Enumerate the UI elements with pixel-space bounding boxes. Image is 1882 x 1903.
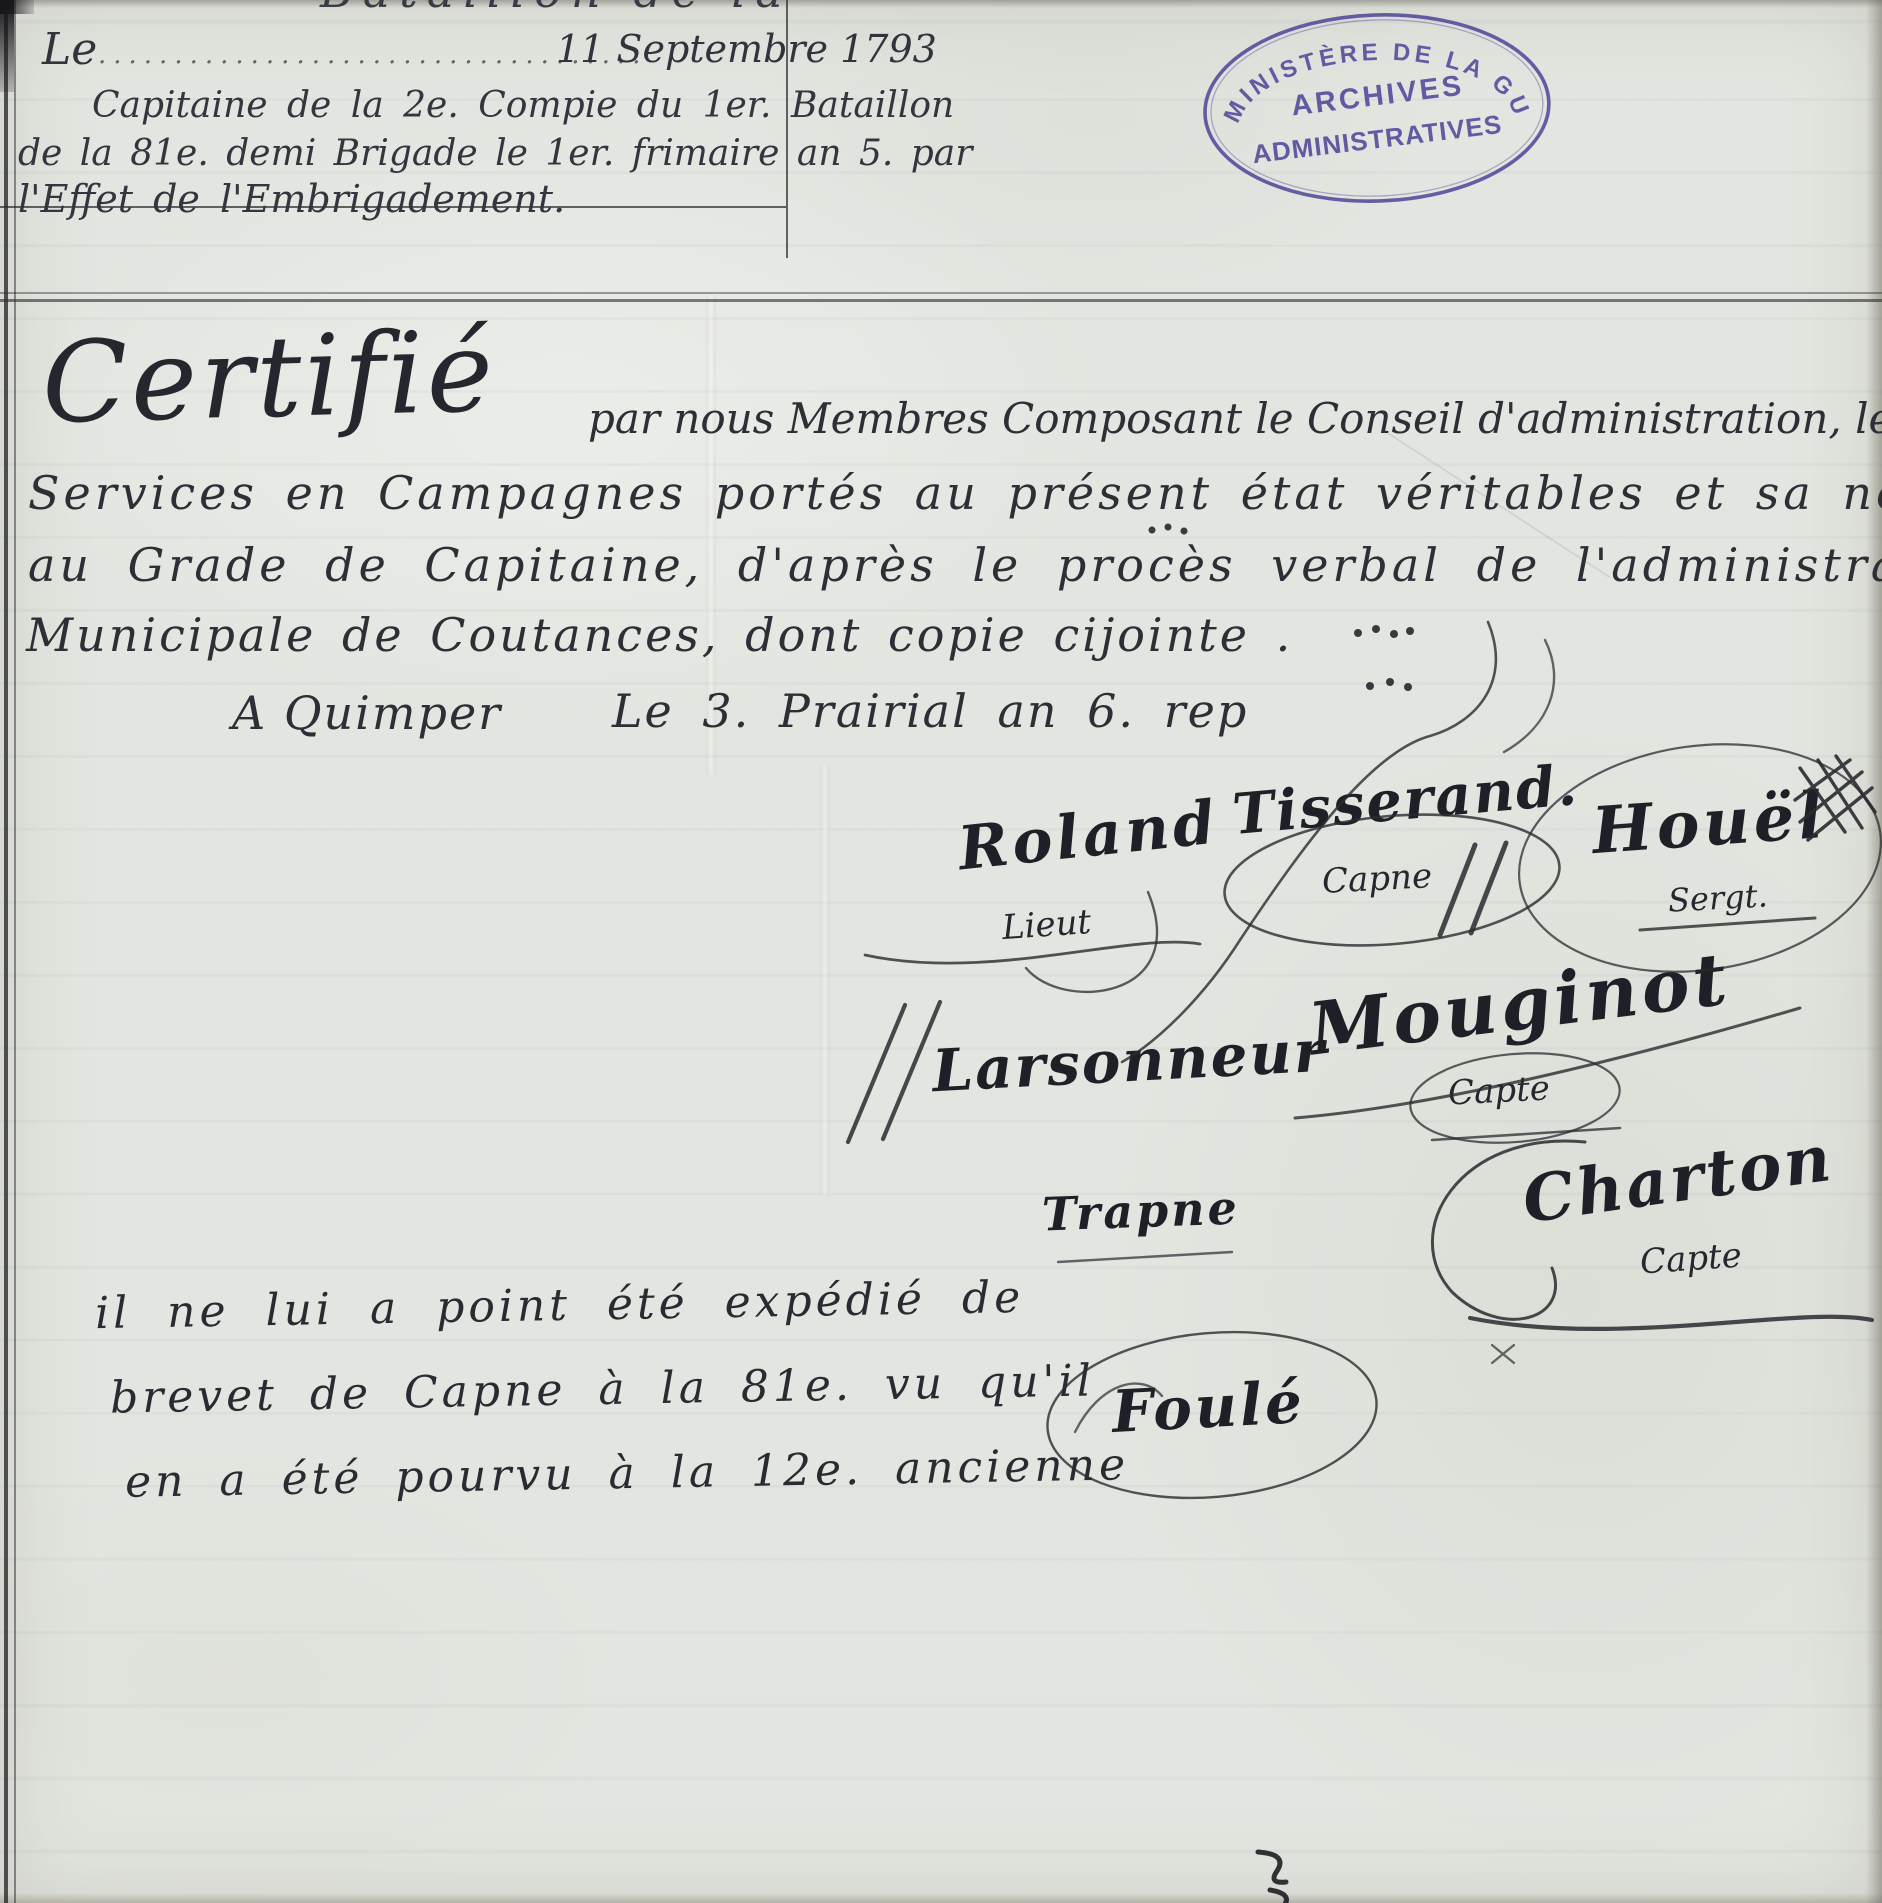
signature-roland: Roland	[956, 793, 1222, 880]
ministry-stamp: MINISTÈRE DE LA GUERRE ARCHIVES ADMINIST…	[1193, 2, 1562, 219]
bottom-edge-shadow	[0, 1893, 1882, 1903]
header-entry-line: de la 81e. demi Brigade le 1er. frimaire…	[18, 136, 972, 172]
body-line: au Grade de Capitaine, d'après le procès…	[28, 542, 1882, 588]
charton-x-mark	[1492, 1345, 1514, 1363]
signature-mouginot-rank: Capte	[1447, 1071, 1550, 1110]
signature-roland-rank: Lieut	[1001, 905, 1092, 945]
body-line: par nous Membres Composant le Conseil d'…	[588, 398, 1882, 440]
stamp-center-line1: ARCHIVES	[1289, 70, 1465, 123]
cijointe-flourish	[1504, 640, 1554, 752]
signature-larsonneur: Larsonneur	[931, 1022, 1328, 1101]
footnote-line: il ne lui a point été expédié de	[95, 1276, 1025, 1336]
signature-mouginot: Mouginot	[1305, 942, 1734, 1065]
body-line: Municipale de Coutances, dont copie cijo…	[26, 612, 1293, 658]
signature-charton-rank: Capte	[1639, 1238, 1743, 1279]
vertical-crease	[820, 765, 830, 1195]
signature-charton: Charton	[1519, 1127, 1837, 1234]
document-page: Bataillon de la Le .....................…	[0, 0, 1882, 1903]
right-edge-shadow	[1866, 0, 1882, 1903]
footnote-line: brevet de Capne à la 81e. vu qu'il	[110, 1359, 1095, 1420]
footnote-line: en a été pourvu à la 12e. ancienne	[125, 1443, 1130, 1505]
header-entry-line: l'Effet de l'Embrigadement.	[18, 180, 565, 218]
charton-underline	[1470, 1317, 1872, 1329]
section-rule-thin	[0, 292, 1882, 294]
dateline-place: A Quimper	[232, 690, 502, 736]
body-line: Services en Campagnes portés au présent …	[28, 470, 1882, 516]
tisserand-slashes	[1440, 843, 1506, 935]
signature-tisserand-rank: Capne	[1321, 859, 1433, 899]
houel-rank-underline	[1640, 918, 1815, 930]
signature-houel-rank: Sergt.	[1667, 879, 1768, 916]
top-fragment-text: Bataillon de la	[320, 0, 790, 14]
signature-tisserand: Tisserand.	[1230, 757, 1580, 843]
signature-houel: Houël	[1590, 784, 1829, 864]
header-date: 11 Septembre 1793	[556, 30, 937, 68]
trapne-underline	[1058, 1252, 1232, 1262]
larsonneur-slashes	[848, 1002, 940, 1142]
dateline-date: Le 3. Prairial an 6. rep	[612, 688, 1248, 734]
certifie-lead-word: Certifié	[41, 316, 498, 440]
section-rule-thick	[0, 299, 1882, 302]
page-left-border-outer	[4, 0, 8, 1903]
top-clipped-line: Bataillon de la	[0, 0, 790, 30]
header-entry-line: Capitaine de la 2e. Compie du 1er. Batai…	[92, 88, 954, 124]
header-le-label: Le	[42, 28, 97, 72]
mouginot-rank-underline	[1432, 1128, 1620, 1140]
page-left-border-inner	[14, 0, 16, 1903]
signature-foule: Foulé	[1111, 1373, 1307, 1441]
stamp-center-line2: ADMINISTRATIVES	[1251, 109, 1504, 169]
signature-trapne: Trapne	[1041, 1185, 1240, 1238]
